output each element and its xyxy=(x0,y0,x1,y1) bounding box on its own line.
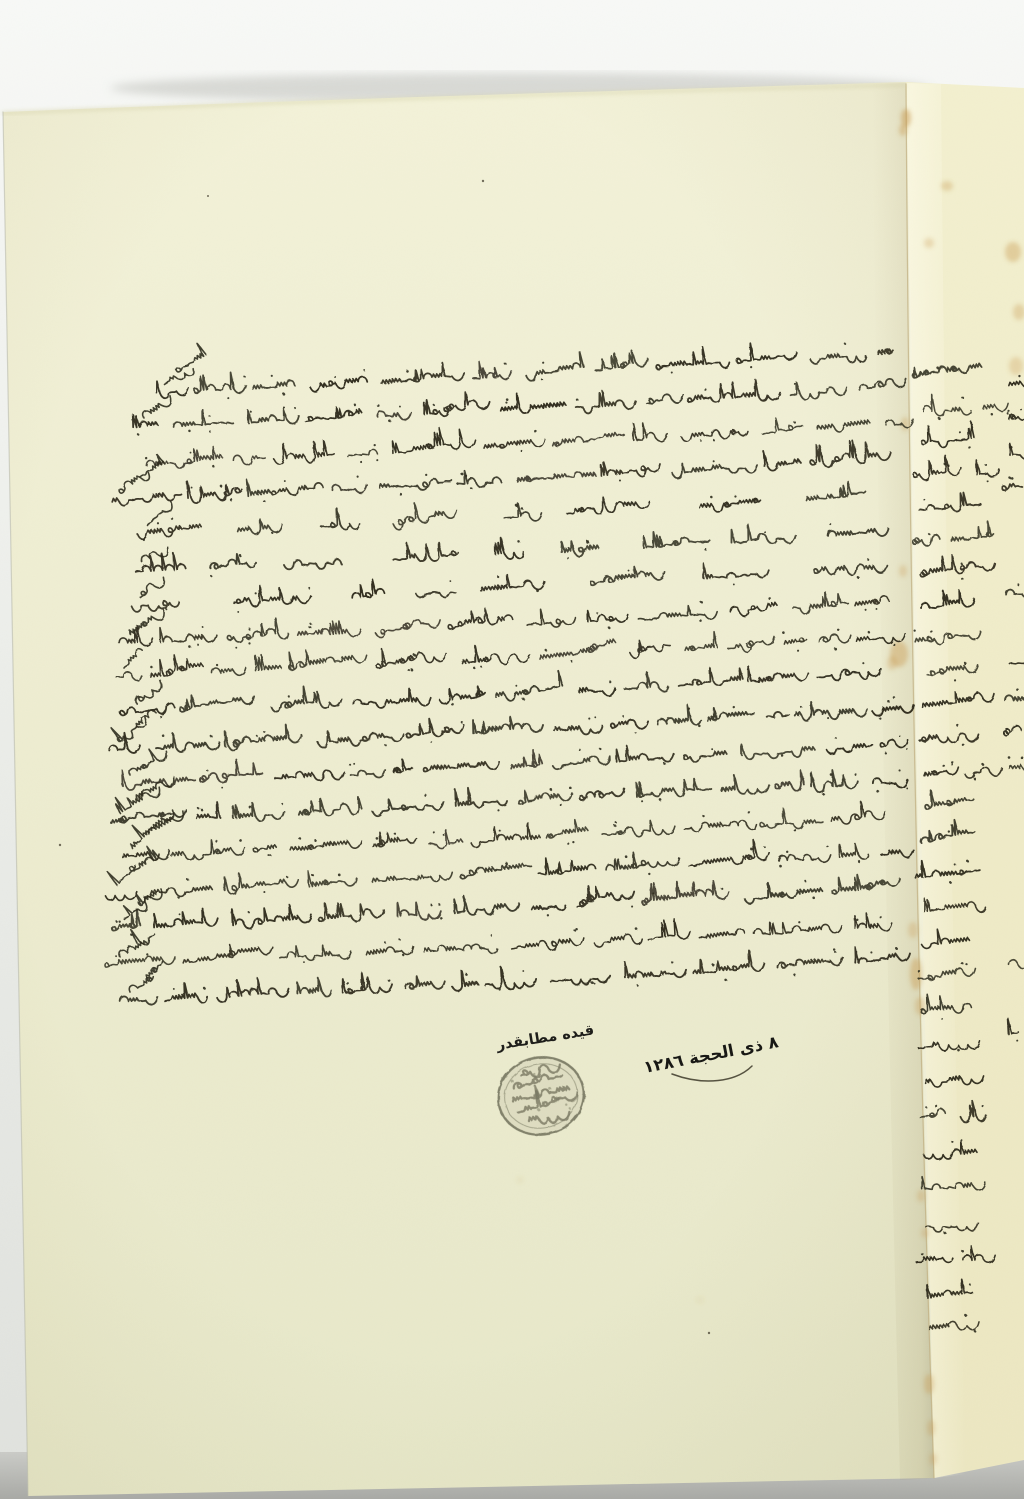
document-scan: قيده مطابقدر ٨ ذى الحجة ١٢٨٦ xyxy=(0,0,1024,1499)
scanned-document-photo: قيده مطابقدر ٨ ذى الحجة ١٢٨٦ xyxy=(0,0,1024,1499)
paper-grain-texture xyxy=(0,70,1024,1499)
